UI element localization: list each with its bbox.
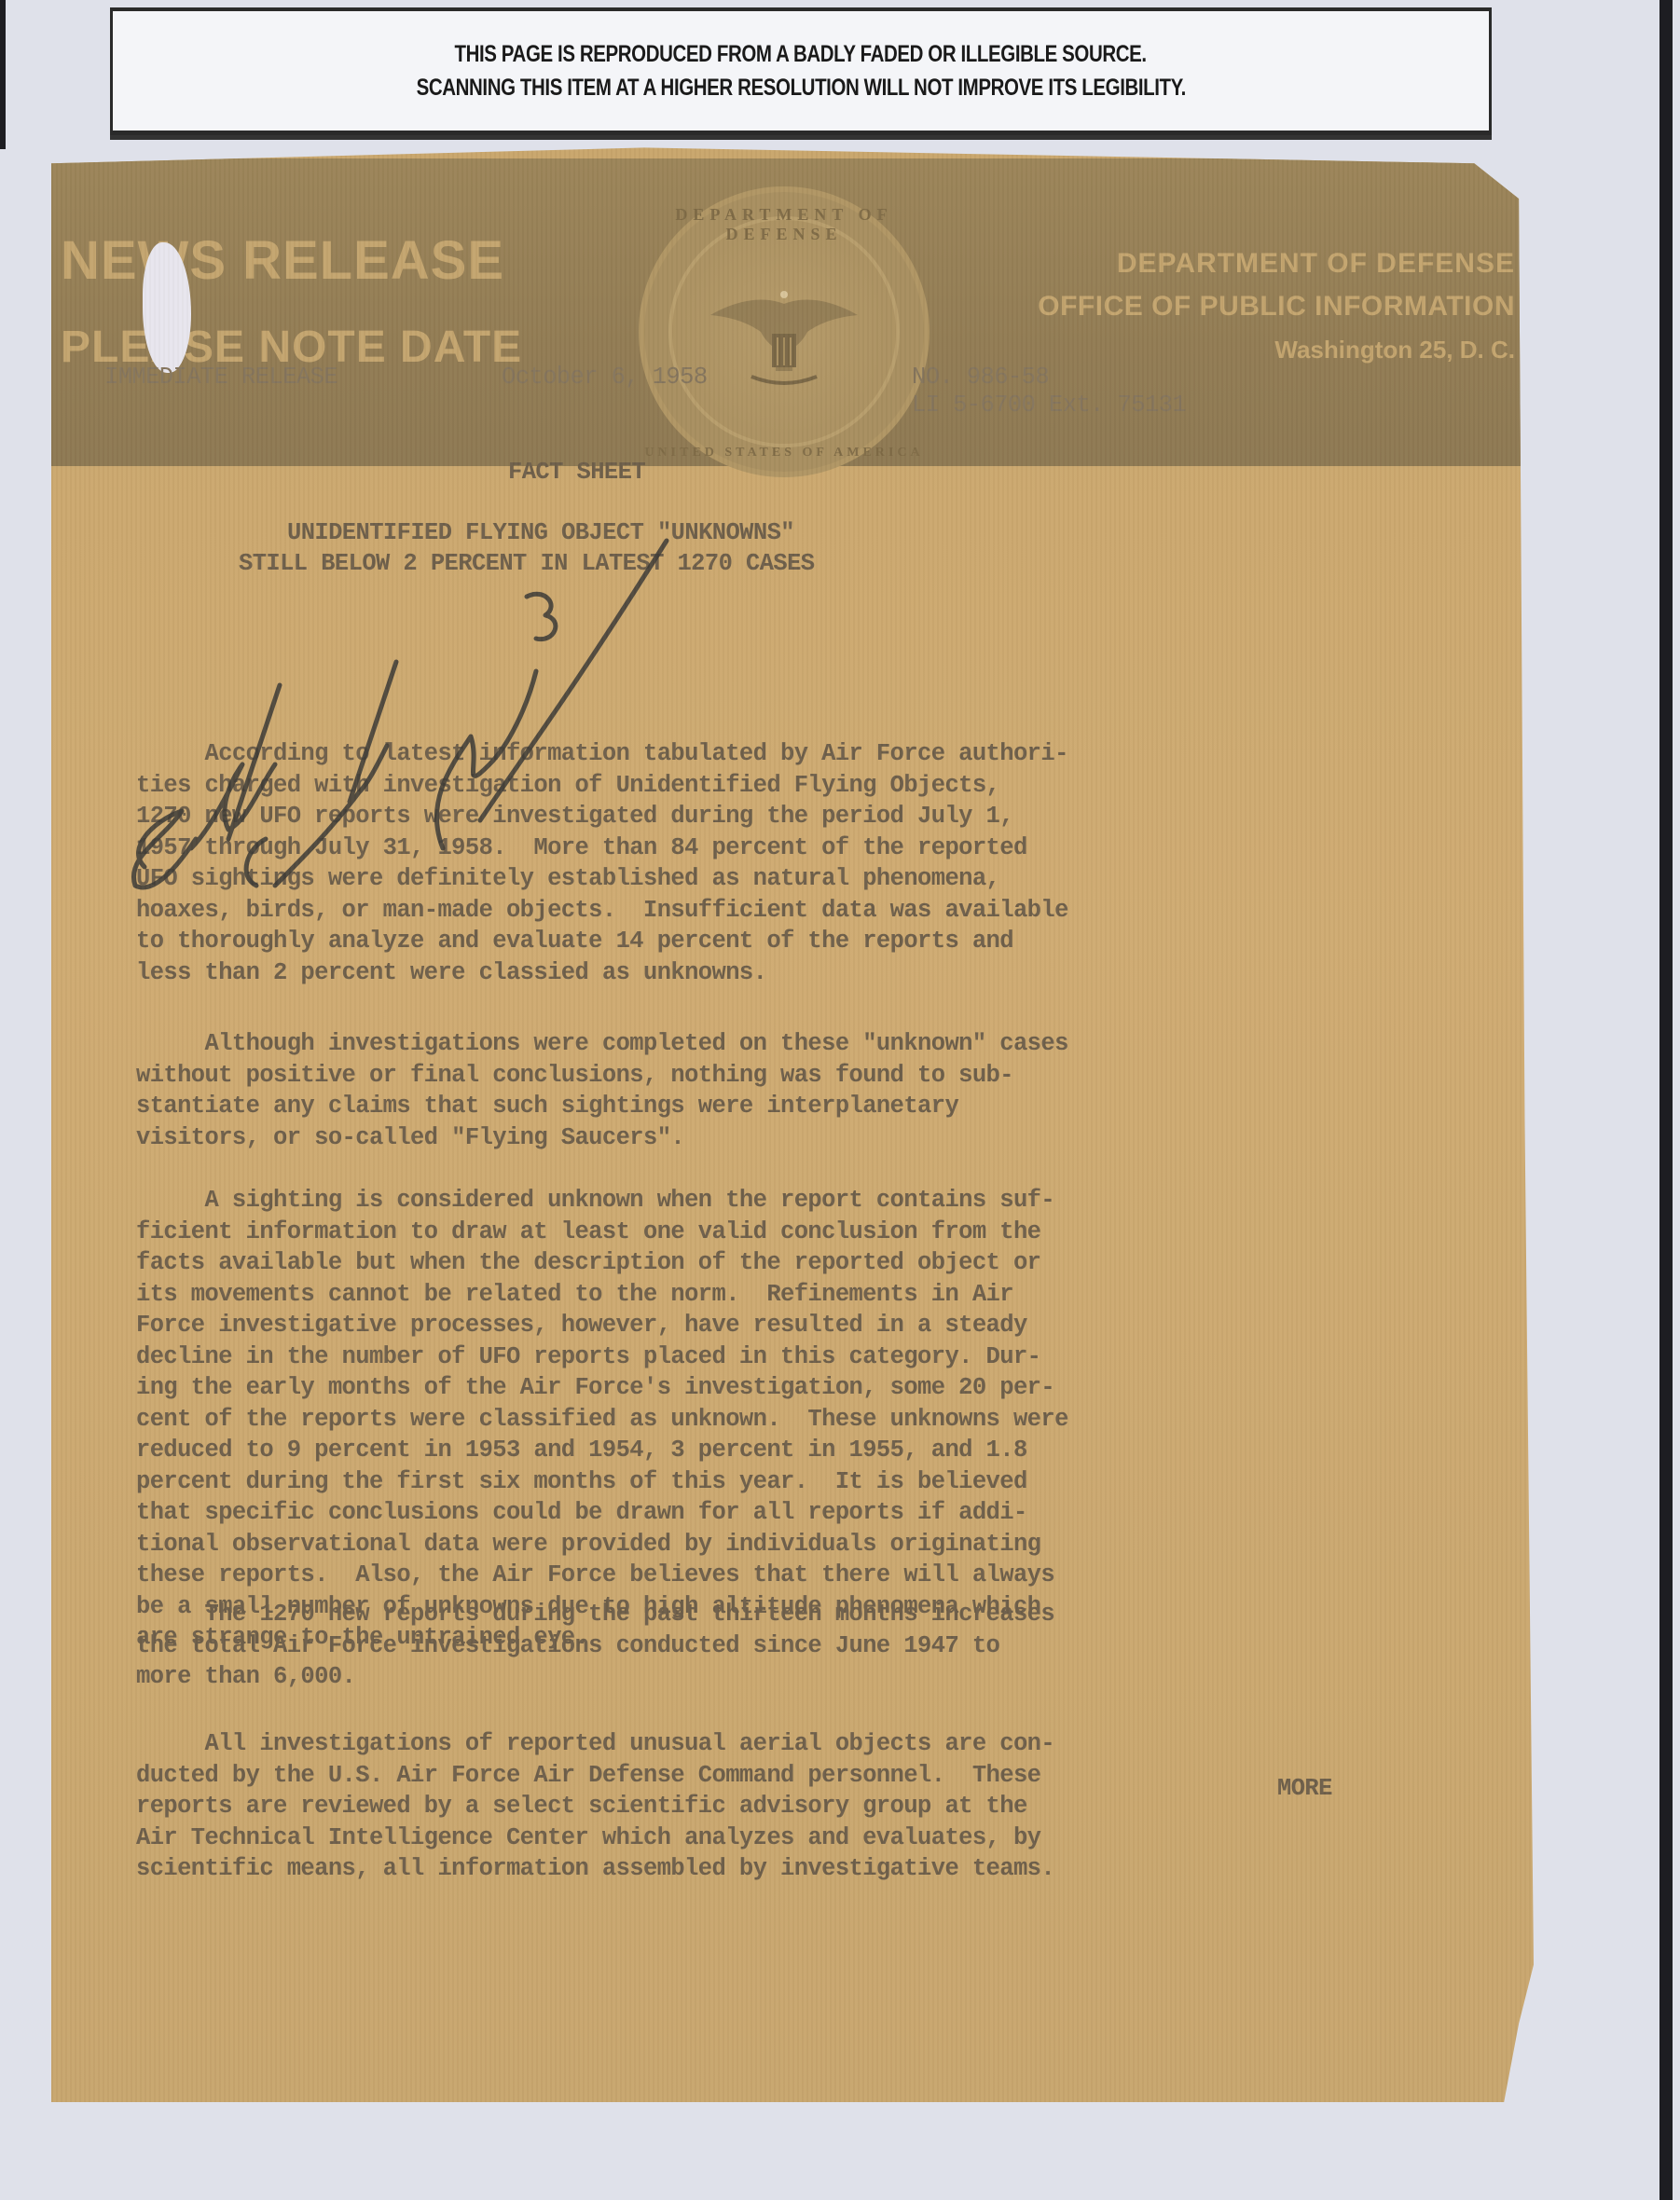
continuation-marker: MORE: [1277, 1773, 1332, 1805]
paragraph-1-line: 1270 new UFO reports were investigated d…: [136, 801, 1013, 832]
dod-seal-icon: DEPARTMENT OF DEFENSE UNITED STATES OF A…: [639, 186, 930, 477]
paragraph-4-line: more than 6,000.: [136, 1661, 355, 1693]
contact-phone: LI 5-6700 Ext. 75131: [912, 390, 1186, 421]
paragraph-4-line: The 1270 new reports during the past thi…: [136, 1599, 1054, 1630]
department-block: DEPARTMENT OF DEFENSE OFFICE OF PUBLIC I…: [1038, 242, 1515, 371]
paragraph-3-line: Force investigative processes, however, …: [136, 1310, 1027, 1341]
paragraph-2-line: visitors, or so-called "Flying Saucers".: [136, 1122, 684, 1154]
paragraph-5-line: All investigations of reported unusual a…: [136, 1728, 1054, 1760]
paragraph-1-line: hoaxes, birds, or man-made objects. Insu…: [136, 895, 1068, 927]
paragraph-1-line: 1957 through July 31, 1958. More than 84…: [136, 832, 1027, 864]
paragraph-3-line: facts available but when the description…: [136, 1247, 1040, 1279]
document-page: NEWS RELEASE PLEASE NOTE DATE DEPARTMENT…: [51, 140, 1534, 2102]
paragraph-3-line: ing the early months of the Air Force's …: [136, 1372, 1054, 1404]
paragraph-5-line: reports are reviewed by a select scienti…: [136, 1791, 1027, 1822]
paragraph-3-line: ficient information to draw at least one…: [136, 1217, 1040, 1248]
letterhead: NEWS RELEASE PLEASE NOTE DATE DEPARTMENT…: [51, 158, 1534, 466]
paragraph-3-line: A sighting is considered unknown when th…: [136, 1185, 1054, 1217]
release-number: NO. 986-58: [912, 362, 1049, 393]
paragraph-3-line: its movements cannot be related to the n…: [136, 1279, 1013, 1311]
scan-edge-left: [0, 0, 6, 149]
paragraph-3-line: that specific conclusions could be drawn…: [136, 1497, 1027, 1529]
paragraph-1-line: According to latest information tabulate…: [136, 738, 1068, 770]
paragraph-3-line: these reports. Also, the Air Force belie…: [136, 1560, 1054, 1591]
paragraph-3-line: cent of the reports were classified as u…: [136, 1404, 1068, 1436]
department-name: DEPARTMENT OF DEFENSE: [1038, 242, 1515, 285]
release-type: IMMEDIATE RELEASE: [104, 362, 337, 393]
seal-bottom-text: UNITED STATES OF AMERICA: [644, 446, 924, 461]
paragraph-1-line: ties charged with investigation of Unide…: [136, 770, 999, 802]
paragraph-1-line: less than 2 percent were classied as unk…: [136, 957, 766, 989]
paragraph-4-line: the total Air Force investigations condu…: [136, 1630, 999, 1662]
headline-line-2: STILL BELOW 2 PERCENT IN LATEST 1270 CAS…: [239, 548, 815, 580]
paragraph-5-line: ducted by the U.S. Air Force Air Defense…: [136, 1760, 1040, 1792]
paragraph-2-line: without positive or final conclusions, n…: [136, 1060, 1013, 1092]
paragraph-5-line: scientific means, all information assemb…: [136, 1853, 1054, 1885]
paragraph-2-line: Although investigations were completed o…: [136, 1028, 1068, 1060]
office-city: Washington 25, D. C.: [1038, 328, 1515, 371]
paragraph-2-line: stantiate any claims that such sightings…: [136, 1091, 958, 1122]
seal-top-text: DEPARTMENT OF DEFENSE: [644, 205, 924, 244]
paragraph-1-line: to thoroughly analyze and evaluate 14 pe…: [136, 926, 1013, 957]
release-date: October 6, 1958: [502, 362, 708, 393]
notice-line-1: THIS PAGE IS REPRODUCED FROM A BADLY FAD…: [455, 37, 1147, 71]
legibility-notice: THIS PAGE IS REPRODUCED FROM A BADLY FAD…: [110, 7, 1492, 135]
fact-sheet-label: FACT SHEET: [508, 457, 645, 488]
scan-edge-right: [1659, 0, 1673, 2200]
paragraph-3-line: tional observational data were provided …: [136, 1529, 1040, 1561]
notice-line-2: SCANNING THIS ITEM AT A HIGHER RESOLUTIO…: [416, 71, 1185, 104]
paragraph-3-line: decline in the number of UFO reports pla…: [136, 1341, 1040, 1373]
news-release-title: NEWS RELEASE: [61, 233, 504, 289]
eagle-icon: [705, 267, 863, 397]
headline-line-1: UNIDENTIFIED FLYING OBJECT "UNKNOWNS": [287, 517, 794, 549]
office-name: OFFICE OF PUBLIC INFORMATION: [1038, 285, 1515, 328]
paragraph-3-line: percent during the first six months of t…: [136, 1466, 1027, 1498]
paragraph-1-line: UFO sightings were definitely establishe…: [136, 863, 999, 895]
paragraph-5-line: Air Technical Intelligence Center which …: [136, 1822, 1040, 1854]
paragraph-3-line: reduced to 9 percent in 1953 and 1954, 3…: [136, 1435, 1027, 1466]
